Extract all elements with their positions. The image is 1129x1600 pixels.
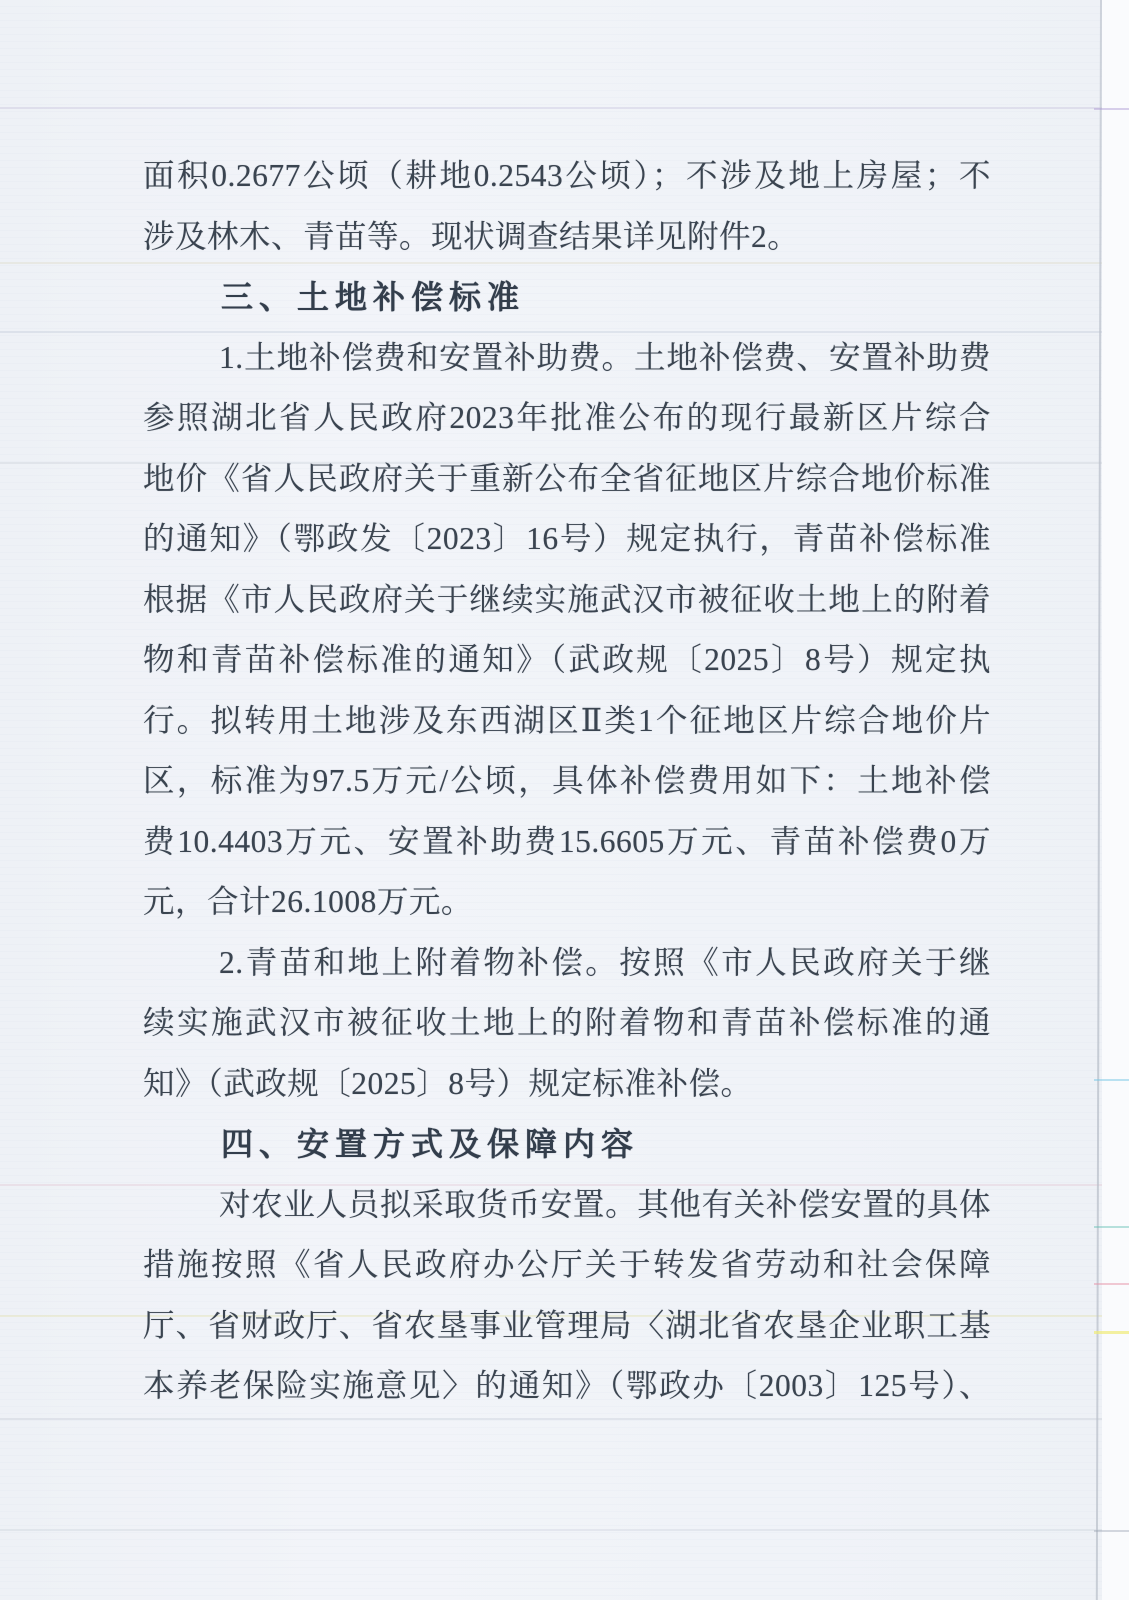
- paragraph-line: 物和青苗补偿标准的通知》（武政规〔2025〕8号）规定执: [143, 630, 991, 691]
- paragraph-line: 的通知》（鄂政发〔2023〕16号）规定执行，青苗补偿标准: [143, 509, 991, 570]
- scanner-margin-strip: [1102, 0, 1129, 1600]
- paragraph-line: 1.土地补偿费和安置补助费。土地补偿费、安置补助费: [143, 328, 991, 389]
- paragraph-line: 地价《省人民政府关于重新公布全省征地区片综合地价标准: [143, 449, 991, 510]
- paragraph-line: 费10.4403万元、安置补助费15.6605万元、青苗补偿费0万: [143, 812, 991, 873]
- paragraph-line: 面积0.2677公顷（耕地0.2543公顷）；不涉及地上房屋；不: [143, 146, 991, 207]
- paragraph-line: 涉及林木、青苗等。现状调查结果详见附件2。: [143, 207, 991, 268]
- section-heading: 四、安置方式及保障内容: [143, 1114, 991, 1175]
- paragraph-line: 2.青苗和地上附着物补偿。按照《市人民政府关于继: [143, 933, 991, 994]
- paragraph-line: 厅、省财政厅、省农垦事业管理局〈湖北省农垦企业职工基: [143, 1296, 991, 1357]
- paragraph-line: 措施按照《省人民政府办公厅关于转发省劳动和社会保障: [143, 1235, 991, 1296]
- scan-artifact-line: [0, 107, 1129, 109]
- paragraph-line: 参照湖北省人民政府2023年批准公布的现行最新区片综合: [143, 388, 991, 449]
- paragraph-line: 根据《市人民政府关于继续实施武汉市被征收土地上的附着: [143, 570, 991, 631]
- paragraph-line: 续实施武汉市被征收土地上的附着物和青苗补偿标准的通: [143, 993, 991, 1054]
- paragraph-line: 对农业人员拟采取货币安置。其他有关补偿安置的具体: [143, 1175, 991, 1236]
- paragraph-line: 行。拟转用土地涉及东西湖区Ⅱ类1个征地区片综合地价片: [143, 691, 991, 752]
- scanned-document-page: 面积0.2677公顷（耕地0.2543公顷）；不涉及地上房屋；不 涉及林木、青苗…: [0, 0, 1129, 1600]
- scan-artifact-line: [0, 1529, 1129, 1531]
- paragraph-line: 元，合计26.1008万元。: [143, 872, 991, 933]
- paragraph-line: 区，标准为97.5万元/公顷，具体补偿费用如下：土地补偿: [143, 751, 991, 812]
- document-body: 面积0.2677公顷（耕地0.2543公顷）；不涉及地上房屋；不 涉及林木、青苗…: [143, 146, 991, 1417]
- section-heading: 三、土地补偿标准: [143, 267, 991, 328]
- scan-artifact-line: [0, 1418, 1129, 1420]
- paragraph-line: 本养老保险实施意见〉的通知》（鄂政办〔2003〕125号）、: [143, 1356, 991, 1417]
- paragraph-line: 知》（武政规〔2025〕8号）规定标准补偿。: [143, 1054, 991, 1115]
